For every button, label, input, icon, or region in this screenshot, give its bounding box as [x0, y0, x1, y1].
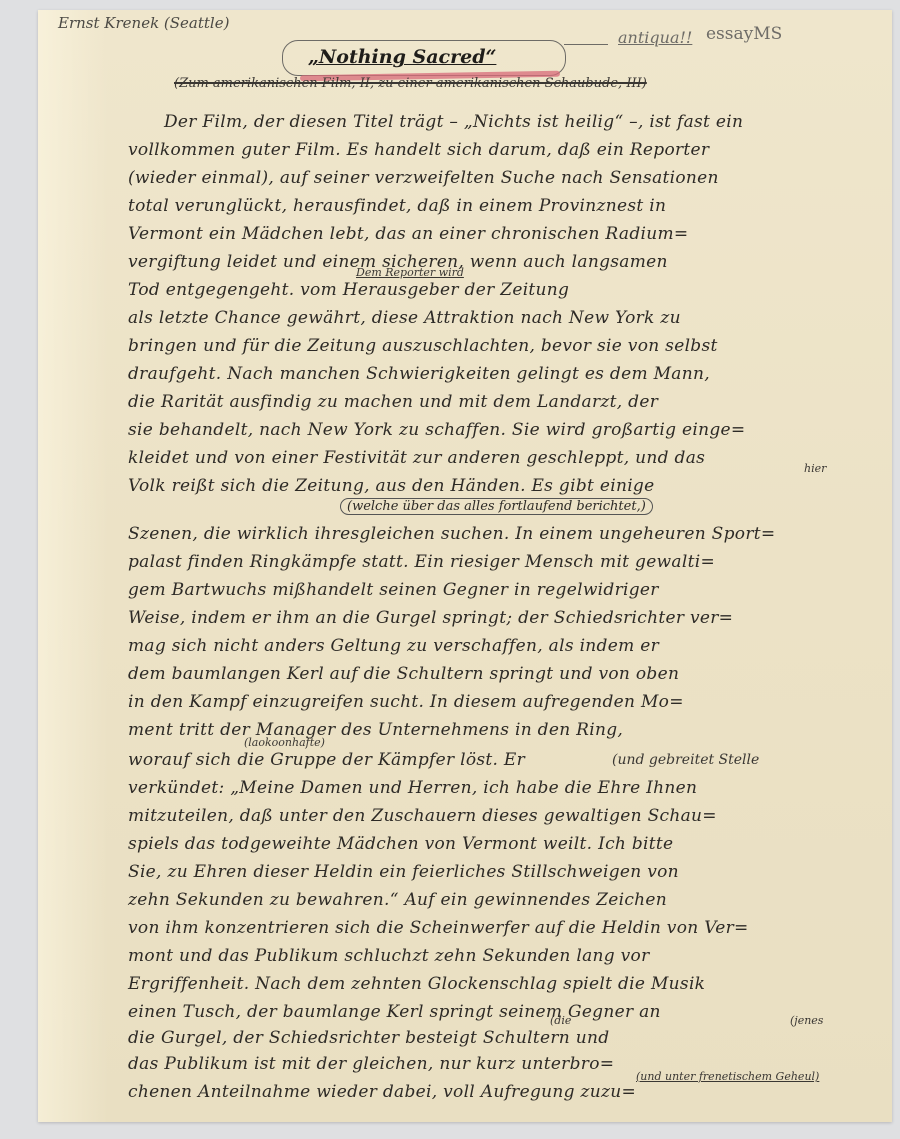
text-line: das Publikum ist mit der gleichen, nur k…: [128, 1054, 614, 1074]
text-line: Szenen, die wirklich ihresgleichen suche…: [128, 524, 775, 544]
text-line: (wieder einmal), auf seiner verzweifelte…: [128, 168, 719, 188]
text-line: Vermont ein Mädchen lebt, das an einer c…: [128, 224, 688, 244]
text-line: mag sich nicht anders Geltung zu verscha…: [128, 636, 659, 656]
text-line: Sie, zu Ehren dieser Heldin ein feierlic…: [128, 862, 679, 882]
text-line: die Rarität ausfindig zu machen und mit …: [128, 392, 658, 412]
text-line: Ergriffenheit. Nach dem zehnten Glockens…: [128, 974, 705, 994]
text-line: von ihm konzentrieren sich die Scheinwer…: [128, 918, 749, 938]
page-title: „Nothing Sacred“: [308, 46, 496, 68]
text-line: vollkommen guter Film. Es handelt sich d…: [128, 140, 709, 160]
insertion-und-gebreitet: (und gebreitet Stelle: [612, 752, 759, 768]
text-line: draufgeht. Nach manchen Schwierigkeiten …: [128, 364, 710, 384]
text-line: bringen und für die Zeitung auszuschlach…: [128, 336, 718, 356]
insertion-die: (die: [550, 1014, 571, 1027]
text-line: Tod entgegengeht. vom Herausgeber der Ze…: [128, 280, 569, 300]
text-line: sie behandelt, nach New York zu schaffen…: [128, 420, 745, 440]
insertion-dem-reporter: Dem Reporter wird: [356, 266, 464, 279]
insertion-laokoonhafte: (laokoonhafte): [244, 736, 325, 749]
text-line: kleidet und von einer Festivität zur and…: [128, 448, 705, 468]
text-line: in den Kampf einzugreifen sucht. In dies…: [128, 692, 684, 712]
text-line: verkündet: „Meine Damen und Herren, ich …: [128, 778, 697, 798]
text-line: Der Film, der diesen Titel trägt – „Nich…: [164, 112, 743, 132]
author-line: Ernst Krenek (Seattle): [58, 14, 229, 32]
text-line: total verunglückt, herausfindet, daß in …: [128, 196, 666, 216]
struck-subtitle: (Zum amerikanischen Film, II, zu einer a…: [174, 76, 647, 91]
text-line: spiels das todgeweihte Mädchen von Vermo…: [128, 834, 673, 854]
insertion-jenes: (jenes: [790, 1014, 823, 1027]
text-line: mont und das Publikum schluchzt zehn Sek…: [128, 946, 650, 966]
text-line: mitzuteilen, daß unter den Zuschauern di…: [128, 806, 717, 826]
text-line: die Gurgel, der Schiedsrichter besteigt …: [128, 1028, 609, 1048]
text-line: dem baumlangen Kerl auf die Schultern sp…: [128, 664, 679, 684]
margin-note-antiqua: antiqua!!: [618, 28, 692, 47]
text-line: einen Tusch, der baumlange Kerl springt …: [128, 1002, 661, 1022]
manuscript-page: Ernst Krenek (Seattle) „Nothing Sacred“ …: [38, 10, 892, 1122]
insertion-welche-note: (welche über das alles fortlaufend beric…: [340, 498, 653, 515]
text-line: als letzte Chance gewährt, diese Attrakt…: [128, 308, 681, 328]
insertion-und-unter: (und unter frenetischem Geheul): [636, 1070, 819, 1083]
text-line: zehn Sekunden zu bewahren.“ Auf ein gewi…: [128, 890, 667, 910]
margin-note-essay: essayMS: [706, 24, 782, 44]
text-line: worauf sich die Gruppe der Kämpfer löst.…: [128, 750, 525, 770]
text-line: chenen Anteilnahme wieder dabei, voll Au…: [128, 1082, 636, 1102]
annotation-connector-line: [564, 44, 608, 45]
text-line: ment tritt der Manager des Unternehmens …: [128, 720, 623, 740]
text-line: Weise, indem er ihm an die Gurgel spring…: [128, 608, 733, 628]
text-line: palast finden Ringkämpfe statt. Ein ries…: [128, 552, 715, 572]
text-line: gem Bartwuchs mißhandelt seinen Gegner i…: [128, 580, 659, 600]
text-line: Volk reißt sich die Zeitung, aus den Hän…: [128, 476, 654, 496]
insertion-hier: hier: [804, 462, 826, 475]
